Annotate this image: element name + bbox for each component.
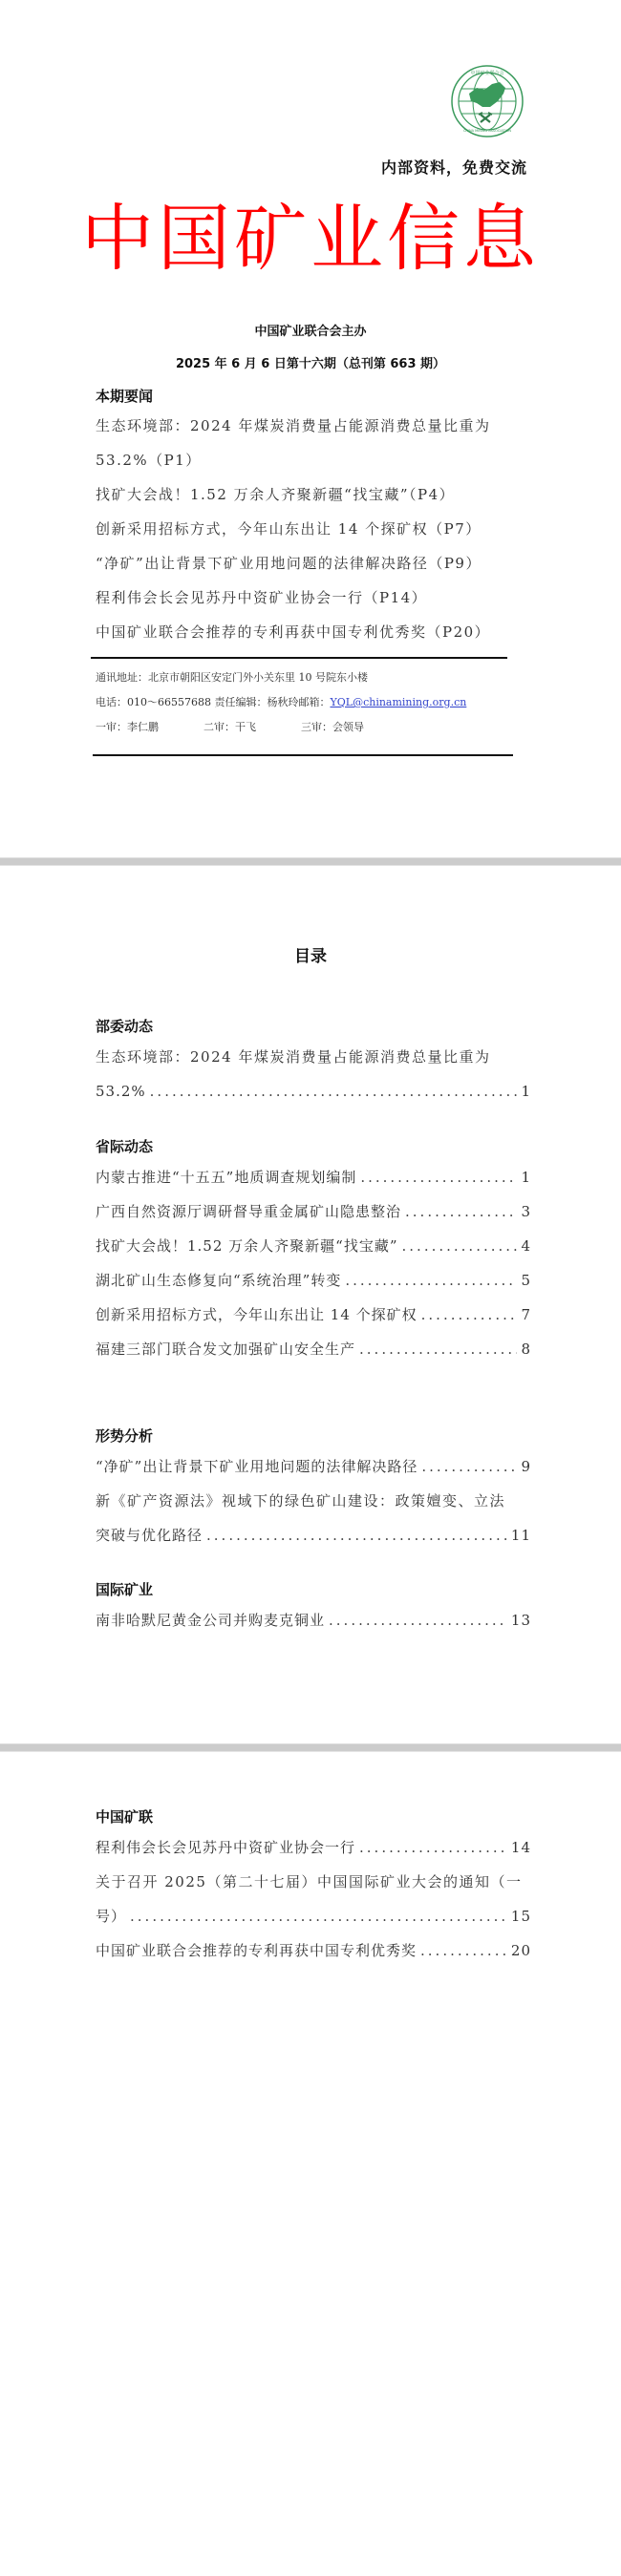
phone-editor-line: 电话：010～66557688 责任编辑：杨秋玲邮箱：YQL@chinamini… (96, 690, 516, 715)
address-line: 通讯地址：北京市朝阳区安定门外小关东里 10 号院东小楼 (96, 665, 516, 690)
toc-entry-text: 内蒙古推进“十五五”地质调查规划编制 (96, 1160, 356, 1194)
review2-label: 二审： (203, 721, 235, 733)
toc-entry-line1[interactable]: 新《矿产资源法》视域下的绿色矿山建设：政策嬗变、立法 (96, 1484, 531, 1518)
phone-value: 010～66557688 (127, 696, 211, 708)
sponsor-line: 中国矿业联合会主办 (0, 321, 621, 339)
toc-entry-text: 广西自然资源厅调研督导重金属矿山隐患整治 (96, 1194, 401, 1229)
toc-entry-text: 创新采用招标方式，今年山东出让 14 个探矿权 (96, 1298, 418, 1332)
highlight-item[interactable]: 程利伟会长会见苏丹中资矿业协会一行（P14） (96, 581, 531, 615)
address-value: 北京市朝阳区安定门外小关东里 10 号院东小楼 (148, 671, 368, 684)
contact-block: 通讯地址：北京市朝阳区安定门外小关东里 10 号院东小楼 电话：010～6655… (96, 665, 516, 740)
toc-section-cma: 中国矿联 程利伟会长会见苏丹中资矿业协会一行14 关于召开 2025（第二十七届… (96, 1804, 531, 1968)
toc-entry-text: “净矿”出让背景下矿业用地问题的法律解决路径 (96, 1449, 418, 1484)
toc-entry-text: 福建三部门联合发文加强矿山安全生产 (96, 1332, 355, 1366)
toc-entry[interactable]: 突破与优化路径11 (96, 1518, 531, 1552)
page-separator (0, 857, 621, 866)
toc-entry-text: 53.2% (96, 1074, 146, 1109)
divider-bottom (93, 754, 513, 756)
dot-leader (345, 1263, 517, 1298)
review3-value: 会领导 (332, 721, 364, 733)
toc-page-number: 1 (521, 1074, 531, 1109)
svg-text:中国矿业联合会: 中国矿业联合会 (470, 70, 503, 76)
toc-entry[interactable]: 创新采用招标方式，今年山东出让 14 个探矿权7 (96, 1298, 531, 1332)
toc-entry[interactable]: 湖北矿山生态修复向“系统治理”转变5 (96, 1263, 531, 1298)
phone-label: 电话： (96, 696, 127, 708)
highlight-text: 生态环境部：2024 年煤炭消费量占能源消费总量比重为 (96, 409, 531, 443)
toc-page-number: 14 (511, 1830, 531, 1865)
dot-leader (150, 1074, 518, 1109)
svg-text:CHINA MINING ASSOCIATION: CHINA MINING ASSOCIATION (463, 129, 511, 133)
toc-section-title: 中国矿联 (96, 1804, 531, 1830)
toc-entry-text: 号） (96, 1899, 126, 1933)
toc-entry[interactable]: 广西自然资源厅调研督导重金属矿山隐患整治3 (96, 1194, 531, 1229)
dot-leader (402, 1229, 518, 1263)
dot-leader (405, 1194, 517, 1229)
highlight-item[interactable]: “净矿”出让背景下矿业用地问题的法律解决路径（P9） (96, 546, 531, 581)
toc-entry[interactable]: 号）15 (96, 1899, 531, 1933)
toc-page-number: 1 (521, 1160, 531, 1194)
review3-label: 三审： (301, 721, 332, 733)
dot-leader (421, 1449, 517, 1484)
toc-entry-line1[interactable]: 生态环境部：2024 年煤炭消费量占能源消费总量比重为 (96, 1040, 531, 1074)
editor-label: 责任编辑： (214, 696, 267, 708)
toc-entry-text: 中国矿业联合会推荐的专利再获中国专利优秀奖 (96, 1933, 417, 1968)
toc-section-title: 部委动态 (96, 1013, 531, 1040)
dot-leader (360, 1160, 517, 1194)
highlight-item[interactable]: 生态环境部：2024 年煤炭消费量占能源消费总量比重为 53.2%（P1） (96, 409, 531, 477)
review-line: 一审：李仁鹏 二审：干飞 三审：会领导 (96, 715, 516, 740)
toc-section-ministry: 部委动态 生态环境部：2024 年煤炭消费量占能源消费总量比重为 53.2%1 (96, 1013, 531, 1109)
toc-entry[interactable]: 找矿大会战！1.52 万余人齐聚新疆“找宝藏”4 (96, 1229, 531, 1263)
toc-entry[interactable]: “净矿”出让背景下矿业用地问题的法律解决路径9 (96, 1449, 531, 1484)
toc-section-title: 形势分析 (96, 1423, 531, 1449)
china-mining-association-logo-icon: 中国矿业联合会 CHINA MINING ASSOCIATION (444, 63, 530, 139)
toc-page-number: 15 (511, 1899, 531, 1933)
toc-entry[interactable]: 福建三部门联合发文加强矿山安全生产8 (96, 1332, 531, 1366)
highlight-item[interactable]: 创新采用招标方式，今年山东出让 14 个探矿权（P7） (96, 512, 531, 546)
toc-entry[interactable]: 53.2%1 (96, 1074, 531, 1109)
dot-leader (421, 1298, 518, 1332)
review1-value: 李仁鹏 (127, 721, 159, 733)
toc-entry-text: 突破与优化路径 (96, 1518, 203, 1552)
editor-value: 杨秋玲 (267, 696, 298, 708)
review2-value: 干飞 (235, 721, 256, 733)
divider-top (91, 657, 507, 659)
dot-leader (206, 1518, 507, 1552)
toc-entry[interactable]: 程利伟会长会见苏丹中资矿业协会一行14 (96, 1830, 531, 1865)
toc-page-number: 5 (521, 1263, 531, 1298)
toc-title: 目录 (0, 942, 621, 966)
toc-page-number: 9 (521, 1449, 531, 1484)
toc-section-title: 国际矿业 (96, 1576, 531, 1603)
toc-page-number: 4 (521, 1229, 531, 1263)
email-link[interactable]: YQL@chinamining.org.cn (330, 696, 466, 708)
toc-page-number: 7 (521, 1298, 531, 1332)
toc-entry-text: 南非哈默尼黄金公司并购麦克铜业 (96, 1603, 325, 1637)
page-separator (0, 1743, 621, 1752)
toc-page: 目录 部委动态 生态环境部：2024 年煤炭消费量占能源消费总量比重为 53.2… (0, 866, 621, 1743)
toc-page-continued: 中国矿联 程利伟会长会见苏丹中资矿业协会一行14 关于召开 2025（第二十七届… (0, 1752, 621, 2576)
highlight-item[interactable]: 中国矿业联合会推荐的专利再获中国专利优秀奖（P20） (96, 615, 531, 649)
dot-leader (329, 1603, 507, 1637)
highlights-list: 生态环境部：2024 年煤炭消费量占能源消费总量比重为 53.2%（P1） 找矿… (96, 409, 531, 649)
toc-entry[interactable]: 中国矿业联合会推荐的专利再获中国专利优秀奖20 (96, 1933, 531, 1968)
dot-leader (130, 1899, 507, 1933)
toc-entry-line1[interactable]: 关于召开 2025（第二十七届）中国国际矿业大会的通知（一 (96, 1865, 531, 1899)
dot-leader (359, 1332, 517, 1366)
highlight-item[interactable]: 找矿大会战！1.52 万余人齐聚新疆“找宝藏”（P4） (96, 477, 531, 512)
toc-section-title: 省际动态 (96, 1133, 531, 1160)
toc-entry[interactable]: 南非哈默尼黄金公司并购麦克铜业13 (96, 1603, 531, 1637)
toc-page-number: 8 (521, 1332, 531, 1366)
toc-entry-text: 找矿大会战！1.52 万余人齐聚新疆“找宝藏” (96, 1229, 398, 1263)
toc-section-analysis: 形势分析 “净矿”出让背景下矿业用地问题的法律解决路径9 新《矿产资源法》视域下… (96, 1423, 531, 1552)
review1-label: 一审： (96, 721, 127, 733)
toc-page-number: 20 (511, 1933, 531, 1968)
toc-page-number: 11 (511, 1518, 531, 1552)
masthead-title: 中国矿业信息 (0, 191, 621, 286)
toc-section-international: 国际矿业 南非哈默尼黄金公司并购麦克铜业13 (96, 1576, 531, 1637)
email-label: 邮箱： (298, 696, 330, 708)
toc-page-number: 13 (511, 1603, 531, 1637)
issue-line: 2025 年 6 月 6 日第十六期（总刊第 663 期） (0, 353, 621, 371)
dot-leader (359, 1830, 507, 1865)
toc-entry[interactable]: 内蒙古推进“十五五”地质调查规划编制1 (96, 1160, 531, 1194)
highlights-heading: 本期要闻 (96, 386, 153, 406)
toc-page-number: 3 (521, 1194, 531, 1229)
toc-entry-text: 湖北矿山生态修复向“系统治理”转变 (96, 1263, 341, 1298)
dot-leader (420, 1933, 507, 1968)
toc-section-provincial: 省际动态 内蒙古推进“十五五”地质调查规划编制1 广西自然资源厅调研督导重金属矿… (96, 1133, 531, 1366)
internal-note: 内部资料，免费交流 (381, 156, 527, 178)
address-label: 通讯地址： (96, 671, 148, 684)
toc-entry-text: 程利伟会长会见苏丹中资矿业协会一行 (96, 1830, 355, 1865)
highlight-text-cont: 53.2%（P1） (96, 443, 531, 477)
cover-page: 中国矿业联合会 CHINA MINING ASSOCIATION 内部资料，免费… (0, 0, 621, 857)
